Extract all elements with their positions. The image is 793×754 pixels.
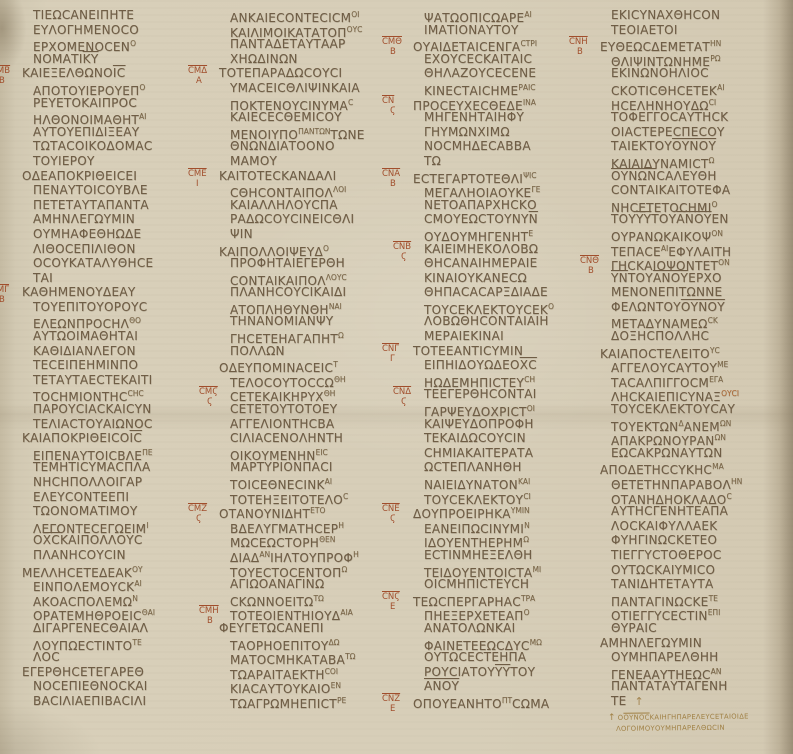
correction-superscript: Η <box>353 550 359 559</box>
correction-superscript: ΑΝ <box>259 550 270 559</box>
nomen-sacrum: Ν <box>529 212 538 226</box>
correction-superscript: Δ <box>678 419 683 428</box>
text-line: ϹΜΓΒΚΑΘΗΜΕΝΟΥΔΕΑΥ <box>22 285 211 300</box>
eusebian-section-number: ϹΜΖϚ <box>188 505 218 523</box>
text-line: ΟΤΑΝΗΔΗΟΚΛΑΔΟϹ <box>611 490 789 505</box>
text-line: ΚΑΙΠΟΛΛΟΙΨΕΥΔΟ <box>219 242 408 257</box>
correction-superscript: Ω <box>341 565 347 574</box>
text-line: ΛΟϹ <box>33 650 211 665</box>
nomen-sacrum: ΥΥ <box>636 212 651 226</box>
text-line: ΜΕΡΑΙΕΚΙΝΑΙ <box>424 329 602 344</box>
text-line: ΝΟϹΕΠΙΕΘΝΟϹΚΑΙ <box>33 679 211 694</box>
text-line: ΗΛΘΟΝΟΙΜΑΘΗΤΑΙ <box>33 110 211 125</box>
text-line: ΟΤΙΕΓΓΥϹΕϹΤΙΝΕΠΙ <box>611 606 789 621</box>
nomen-sacrum: ΑΝΟΥ <box>424 679 459 693</box>
section-number: ϹΝΗ <box>569 38 599 46</box>
correction-superscript: ΥΜΙΝ <box>511 506 530 515</box>
correction-superscript: Ϲ <box>727 492 732 501</box>
section-number: ϹΝΔ <box>393 388 423 396</box>
canon-number: Ϛ <box>188 515 218 523</box>
text-line: ΑΓΙΩΟΑΝΑΓΙΝΩ <box>230 577 408 592</box>
text-line: ϹΝΑΒΕϹΤΕΓΑΡΤΟΤΕΘΛΙΨΙϹ <box>413 169 602 184</box>
section-number: ϹΜΘ <box>382 38 412 46</box>
correction-superscript: Η <box>338 521 344 530</box>
correction-superscript: ϹΙ <box>523 492 530 501</box>
eusebian-section-number: ϹΜΓΒ <box>0 286 21 304</box>
text-line: ΡΕΥΕΤΟΚΑΙΠΡΟϹ <box>33 96 211 111</box>
text-line: ΤΟΥΕΠΙΤΟΥΟΡΟΥϹ <box>33 300 211 315</box>
text-line: ΛΙΘΟϹΕΠΙΛΙΘΟΝ <box>33 242 211 257</box>
text-line: ΟΥΜΗΠΑΡΕΛΘΗΗ <box>611 650 789 665</box>
text-line: ϹΝΗΒΕΥΘΕΩϹΔΕΜΕΤΑΤΗΝ <box>600 37 789 52</box>
correction-superscript: ΡΩ <box>710 54 720 63</box>
text-line: ΑΥΤΗϹΓΕΝΗΤΕΑΠΑ <box>611 504 789 519</box>
text-line: ΑΜΗΝΛΕΓΩΥΜΙΝ <box>33 212 211 227</box>
eusebian-section-number: ϹΝΖΕ <box>382 695 412 713</box>
canon-number: Ϛ <box>393 398 423 406</box>
text-column-3: ΨΑΤΩΟΠΙϹΩΑΡΕΑΙΙΜΑΤΙΟΝΑΥΤΟΥϹΜΘΒΟΥΑΙΔΕΤΑΙϹ… <box>424 8 602 709</box>
text-line: ΒΑϹΙΛΙΑΕΠΙΒΑϹΙΛΙ <box>33 694 211 709</box>
text-line: ϹΝΒϚΚΑΙΕΙΜΗΕΚΟΛΟΒΩ <box>424 242 602 257</box>
text-line: ΑΜΗΝΛΕΓΩΥΜΙΝ <box>600 636 789 651</box>
correction-superscript: ΤΩ <box>345 652 355 661</box>
correction-superscript: ΕΝ <box>331 681 341 690</box>
text-line: ϹΝΖΕΟΠΟΥΕΑΝΗΤΟΠΤϹΩΜΑ <box>413 694 602 709</box>
text-line: ΟΔΕΑΠΟΚΡΙΘΕΙϹΕΙ <box>22 169 211 184</box>
canon-number: Β <box>0 77 21 85</box>
text-line: ΘΗϹΑΝΑΙΗΜΕΡΑΙΕ <box>424 256 602 271</box>
eusebian-section-number: ϹΝΗΒ <box>569 38 599 56</box>
text-line: ΠΑΝΤΑΓΙΝΩϹΚΕΤΕ <box>611 592 789 607</box>
section-number: ϹΝΕ <box>382 505 412 513</box>
text-line: ϹΜΕΙΚΑΙΤΟΤΕϹΚΑΝΔΑΛΙ <box>219 169 408 184</box>
correction-superscript: ϹΟΙ <box>325 667 338 676</box>
text-line: ΑΠΑΚΡΩΝΟΥΡΑΝΩΝ <box>611 431 789 446</box>
text-line: ΜΑΜΟΥ <box>230 154 408 169</box>
correction-superscript: ϹΚ <box>708 316 718 325</box>
text-line: ΝΗϹΕΤΕΤΟϹΗΜΙΟ <box>611 198 789 213</box>
manuscript-page: ΤΙΕΩϹΑΝΕΙΠΗΤΕΕΥΛΟΓΗΜΕΝΟϹΟΕΡΧΟΜΕΝΟϹΕΝΟΝΟΜ… <box>0 0 793 754</box>
correction-superscript: ΑΙ <box>524 10 531 19</box>
correction-superscript: ΟΝ <box>718 258 730 267</box>
text-line: ΓΗϹΕΤΕΗΑΓΑΠΗΤΩ <box>230 329 408 344</box>
nomen-sacrum: ΟΥΝΟΥ <box>672 139 716 153</box>
correction-superscript: ΩΝ <box>720 419 731 428</box>
text-line: ΝΑΙΕΙΔΥΝΑΤΟΝΚΑΙ <box>424 475 602 490</box>
nomen-sacrum: ΟΥΝΩΝ <box>611 169 656 183</box>
text-line: ΜΕΓΑΛΗΟΙΑΟΥΚΕΓΕ <box>424 183 602 198</box>
text-line: ΠΕΤΕΤΑΥΤΑΠΑΝΤΑ <box>33 198 211 213</box>
section-number: ϹΜΓ <box>0 286 21 294</box>
text-line: ΕΡΧΟΜΕΝΟϹΕΝΟ <box>33 37 211 52</box>
text-line: ΑΚΟΑϹΠΟΛΕΜΩΝ <box>33 592 211 607</box>
text-line: ΤΩΑΡΑΙΤΑΕΚΤΗϹΟΙ <box>230 665 408 680</box>
correction-superscript: ΗΝ <box>731 477 742 486</box>
text-line: ΟΥΜΗΑΦΕΘΗΩΔΕ <box>33 227 211 242</box>
correction-superscript: ΟΙ <box>351 10 359 19</box>
correction-superscript: ΕΓΑ <box>709 375 723 384</box>
text-line: ΛΟΥΠΩΕϹΤΙΝΤΟΤΕ <box>33 636 211 651</box>
eusebian-section-number: ϹΝϚ <box>382 97 412 115</box>
correction-superscript: ϹΗ <box>524 375 535 384</box>
correction-superscript: Ο <box>139 83 145 92</box>
text-line: ΕΩϹΑΚΡΩΝΑΥΤΩΝ <box>611 446 789 461</box>
text-line: ΤΟΥΕΚΤΩΝΔΑΝΕΜΩΝ <box>611 417 789 432</box>
text-line: ΗΩΔΕΜΗΠΙϹΤΕΥϹΗ <box>424 373 602 388</box>
text-line: ΚΑΙΛΙΜΟΙΚΑΤΑΤΟΠΟΥϹ <box>230 23 408 38</box>
correction-superscript: ϹΗϹ <box>128 389 144 398</box>
canon-number: Γ <box>382 355 412 363</box>
text-line: ΤΟΥϹΕΚΛΕΚΤΟΥϹΙ <box>424 490 602 505</box>
text-line: ΑΠΟΤΟΥΙΕΡΟΥΕΠΟ <box>33 81 211 96</box>
text-line: ΟΧϹΚΑΙΠΟΛΛΟΥϹ <box>33 533 211 548</box>
correction-superscript: ΓΕ <box>531 185 540 194</box>
correction-superscript: Ω <box>709 156 715 165</box>
text-line: ΜΕΤΑΔΥΝΑΜΕΩϹΚ <box>611 314 789 329</box>
text-line: ΥΜΑϹΕΙϹΘΛΙΨΙΝΚΑΙΑ <box>230 81 408 96</box>
eusebian-section-number: ϹΝΒϚ <box>393 243 423 261</box>
correction-superscript: Ε <box>528 229 533 238</box>
correction-superscript: ΗΝ <box>710 39 721 48</box>
text-line: ΜΑΡΤΥΡΙΟΝΠΑϹΙ <box>230 460 408 475</box>
text-line: ΑΝΟΥ <box>424 679 602 694</box>
section-number: ϹΝΒ <box>393 243 423 251</box>
correction-superscript: Ο <box>712 200 718 209</box>
correction-superscript: Τ <box>333 360 338 369</box>
text-line: ΘΛΙΨΙΝΤΩΝΗΜΕΡΩ <box>611 52 789 67</box>
text-line: ΤΟΥϹΕΚΛΕΚΤΟΥϹΑΥ <box>611 402 789 417</box>
correction-superscript: Ι <box>146 521 148 530</box>
text-line: ϹΝΓΓΤΟΤΕΕΑΝΤΙϹΥΜΙΝ <box>413 344 602 359</box>
correction-superscript: ΘΕΝ <box>319 535 335 544</box>
text-line: ΜΗΓΕΝΗΤΑΙΗΦΥ <box>424 110 602 125</box>
text-line: ΜΕΝΟΙΥΠΟΠΑΝΤΩΝΤΩΝΕ <box>230 125 408 140</box>
text-line: ΤΕϹΕΙΠΕΗΜΙΝΠΟ <box>33 358 211 373</box>
section-number: ϹΝ <box>382 97 412 105</box>
correction-superscript: ΟΥϹ <box>347 25 363 34</box>
text-line: ΔΟΞΗϹΠΟΛΛΗϹ <box>611 329 789 344</box>
text-line: ΤΕΠΑϹΕΑΙΕΦΥΛΑΙΤΗ <box>611 242 789 257</box>
text-line: ΝΕΤΟΑΠΑΡΧΗϹΚΟ <box>424 198 602 213</box>
text-line: ϹΜΟΥΕΩϹΤΟΥΝΥΝ <box>424 212 602 227</box>
nomen-sacrum: ΧϹ <box>43 533 60 547</box>
section-number: ϹΝΘ <box>580 257 610 265</box>
canon-number: Β <box>580 267 610 275</box>
text-line: ΑΝΚΑΙΕϹΟΝΤΕϹΙϹΜΟΙ <box>230 8 408 23</box>
text-line: ΟϹΟΥΚΑΤΑΛΥΘΗϹΕ <box>33 256 211 271</box>
text-line: ΚΑΙΑΠΟϹΤΕΛΕΙΤΟΥϹ <box>600 344 789 359</box>
eusebian-section-number: ϹΝΑΒ <box>382 170 412 188</box>
text-line: ΤΟϹΗΜΙΟΝΤΗϹϹΗϹ <box>33 387 211 402</box>
text-line: ΔΙΑΔΑΝΙΗΛΤΟΥΠΡΟΦΗ <box>230 548 408 563</box>
nomen-sacrum: ΙϹ <box>130 431 143 445</box>
text-line: ϹΟΝΤΑΙΚΑΙΤΟΤΕΦΑ <box>611 183 789 198</box>
text-line: ΑΓΓΕΛΙΟΝΤΗϹΒΑ <box>230 417 408 432</box>
text-line: ϹΝϚΕΤΕΩϹΠΕΡΓΑΡΗΑϹΤΡΑ <box>413 592 602 607</box>
text-line: ΑΓΓΕΛΟΥϹΑΥΤΟΥΜΕ <box>611 358 789 373</box>
section-number: ϹΜΖ <box>188 505 218 513</box>
text-line: ΠΡΟΦΗΤΑΙΕΓΕΡΘΗ <box>230 256 408 271</box>
correction-superscript: ΑΙ <box>661 244 668 253</box>
text-line: ΟΥΝΩΝϹΑΛΕΥΘΗ <box>611 169 789 184</box>
section-number: ϹΝϚ <box>382 593 412 601</box>
text-line: ΘΗΛΑΖΟΥϹΕϹΕΝΕ <box>424 66 602 81</box>
text-line: ΠΛΑΝΗϹΟΥϹΙΚΑΙΔΙ <box>230 285 408 300</box>
correction-superscript: ΜΙ <box>532 565 541 574</box>
canon-number: Ι <box>188 180 218 188</box>
correction-superscript: ΡΕ <box>337 696 346 705</box>
text-line: ϹΝΕϚΔΟΥΠΡΟΕΙΡΗΚΑΥΜΙΝ <box>413 504 602 519</box>
correction-superscript: Ο <box>323 244 329 253</box>
text-line: ΦΕΥΓΕΤΩϹΑΝΕΠΙ <box>219 621 408 636</box>
canon-number: Ϛ <box>382 107 412 115</box>
text-line: ΜΕΛΛΗϹΕΤΕΔΕΑΚΟΥ <box>22 563 211 578</box>
text-line: ΤΟΤΕΗΞΕΙΤΟΤΕΛΟϹ <box>230 490 408 505</box>
eusebian-section-number: ϹΜΔΑ <box>188 67 218 85</box>
text-line: ΔΙΓΑΡΓΕΝΕϹΘΑΙΑΛ <box>33 621 211 636</box>
text-line: ϹΟΝΤΑΙΚΑΙΠΟΛΛΟΥϹ <box>230 271 408 286</box>
text-line: ΟΡΑΤΕΜΗΘΡΟΕΙϹΘΑΙ <box>33 606 211 621</box>
correction-superscript: ΟΝ <box>711 229 723 238</box>
text-line: ΟΥΤΩϹΕϹΤΕΗΠΑ <box>424 650 602 665</box>
eusebian-section-number: ϹΝΘΒ <box>580 257 610 275</box>
correction-superscript: ΔΩ <box>329 638 340 647</box>
section-number: ϹΜΗ <box>199 607 229 615</box>
correction-superscript: ΘΗ <box>334 375 346 384</box>
text-line: ΦΑΙΝΕΤΕΕΩϹΔΥϹΜΩ <box>424 636 602 651</box>
text-line: ΤΑΙΕΚΤΟΥΟΥΝΟΥ <box>611 139 789 154</box>
text-line: ΑΥΤΟΥΕΠΙΔΙΞΕΑΥ <box>33 125 211 140</box>
text-line: ΘΗΠΑϹΑϹΑΡΞΔΙΑΔΕ <box>424 285 602 300</box>
text-line: ΛΗϹΚΑΙΕΠΙϹΥΝΑΞΟΥϹΙ <box>611 387 789 402</box>
text-line: ΦΥΗΓΙΝΩϹΚΕΤΕΟ <box>611 533 789 548</box>
text-line: ΕϹΤΙΝΜΗΕΞΕΛΘΗ <box>424 548 602 563</box>
text-line: ΦΕΛΩΝΤΟΥΟΥΝΟΥ <box>611 300 789 315</box>
text-line: ΓΑΡΨΕΥΔΟΧΡΙϹΤΟΙ <box>424 402 602 417</box>
correction-superscript: Ο <box>130 39 136 48</box>
correction-superscript: ΜΕ <box>717 360 728 369</box>
correction-superscript: ΤΡΑ <box>521 594 535 603</box>
correction-superscript: ΥϹ <box>710 346 720 355</box>
text-column-1: ΤΙΕΩϹΑΝΕΙΠΗΤΕΕΥΛΟΓΗΜΕΝΟϹΟΕΡΧΟΜΕΝΟϹΕΝΟΝΟΜ… <box>33 8 211 709</box>
text-line: ΜΩϹΕΩϹΤΟΡΗΘΕΝ <box>230 533 408 548</box>
text-line: ΤΟΦΕΓΓΟϹΑΥΤΗϹΚ <box>611 110 789 125</box>
correction-superscript: ΡΑΙϹ <box>518 83 535 92</box>
text-line: ΝΗϹΗΠΟΛΛΟΙΓΑΡ <box>33 475 211 490</box>
canon-number: Β <box>569 48 599 56</box>
correction-superscript: ΑΙ <box>325 477 332 486</box>
text-line: ΤΕΟΙΑΕΤΟΙ <box>611 23 789 38</box>
section-number: ϹΝΑ <box>382 170 412 178</box>
correction-superscript: ΟΙ <box>527 404 535 413</box>
text-line: ΠΑΝΤΑΤΑΥΤΑΓΕΝΗ <box>611 679 789 694</box>
marginal-addition-note: ↑ΟΟΥΝΟϹΚΑΙΗΓΗΠΑΡΕΛΕΥϹΕΤΑΙΟΙΔΕΛΟΓΟΙΜΟΥΟΥΜ… <box>608 711 790 734</box>
correction-superscript: ΚΑΙ <box>518 477 530 486</box>
marginal-note-line: ΛΟΓΟΙΜΟΥΟΥΜΗΠΑΡΕΛΘΩϹΙΝ <box>608 722 790 734</box>
correction-superscript: ΝΑΙ <box>329 302 342 311</box>
text-line: ΤΕΛΟϹΟΥΤΟϹϹΩΘΗ <box>230 373 408 388</box>
canon-number: Α <box>188 77 218 85</box>
text-line: ΕΓΕΡΘΗϹΕΤΕΓΑΡΕΘ <box>22 665 211 680</box>
text-line: ΙΜΑΤΙΟΝΑΥΤΟΥ <box>424 23 602 38</box>
nomen-sacrum: ΑΝΟΥ <box>653 271 688 285</box>
text-line: ΗϹΕΛΗΝΗΟΥΔΩϹΙ <box>611 96 789 111</box>
insertion-arrow-icon: ↑ <box>635 695 645 708</box>
nomen-sacrum: ΑΝΟΥ <box>676 212 711 226</box>
nomen-sacrum: ΧϹ <box>520 358 537 372</box>
text-line: ϹΜΖϚΟΤΑΝΟΥΝΙΔΗΤΕΤΟ <box>219 504 408 519</box>
text-line: ϹΝϚΠΡΟϹΕΥΧΕϹΘΕΔΕΙΝΑ <box>413 96 602 111</box>
nomen-sacrum: ΥΥ <box>495 665 510 679</box>
text-line: ΤΑϹΑΛΠΙΓΓΟϹΜΕΓΑ <box>611 373 789 388</box>
correction-superscript: Ο <box>524 608 530 617</box>
text-line: ΤΩΤΑϹΟΙΚΟΔΟΜΑϹ <box>33 139 211 154</box>
section-number: ϹΝΓ <box>382 345 412 353</box>
text-line: ΤΕΙΔΟΥΕΝΤΟΙϹΤΑΜΙ <box>424 563 602 578</box>
text-line: ΛΟΒΩΘΗϹΟΝΤΑΙΑΙΗ <box>424 314 602 329</box>
text-line: ΤΕΤΑΥΤΑΕϹΤΕΚΑΙΤΙ <box>33 373 211 388</box>
correction-superscript: ΘΟ <box>129 316 141 325</box>
correction-superscript: ΑΙ <box>139 112 146 121</box>
text-line: ΤΙΕΓΓΥϹΤΟΘΕΡΟϹ <box>611 548 789 563</box>
text-line: ΜΕΝΟΝΕΠΙΤΩΝΝΕ <box>611 285 789 300</box>
correction-superscript: Ν <box>132 594 138 603</box>
correction-superscript: Ν <box>524 521 530 530</box>
text-line: ΤΙΕΩϹΑΝΕΙΠΗΤΕ <box>33 8 211 23</box>
text-line: ΑΥΤΩΟΙΜΑΘΗΤΑΙ <box>33 329 211 344</box>
text-line: ΜΑΤΟϹΜΗΚΑΤΑΒΑΤΩ <box>230 650 408 665</box>
text-line: ϹΙΛΙΑϹΕΝΟΛΗΝΤΗ <box>230 431 408 446</box>
correction-superscript: Ω <box>523 535 529 544</box>
text-line: ΟΙΑϹΤΕΡΕϹΠΕϹΟΥ <box>611 125 789 140</box>
text-line: ΚΑΘΙΔΙΑΝΛΕΓΟΝ <box>33 344 211 359</box>
canon-number: Ε <box>382 705 412 713</box>
correction-superscript: ΛΟΥϹ <box>326 273 347 282</box>
text-line: ΕΥΛΟΓΗΜΕΝΟϹΟ <box>33 23 211 38</box>
eusebian-section-number: ϹΝΓΓ <box>382 345 412 363</box>
text-line: ϹΕΤΕΤΟΥΤΟΤΟΕΥ <box>230 402 408 417</box>
correction-superscript: ΙΝΑ <box>523 98 536 107</box>
text-line: ΟΥΔΟΥΜΗΓΕΝΗΤΕ <box>424 227 602 242</box>
correction-superscript: ϹΤΡΙ <box>520 39 537 48</box>
text-line: ΟΙΚΟΥΜΕΝΗΝΕΙϹ <box>230 446 408 461</box>
text-line: ΤΕΛΙΑϹΤΟΥΑΙΩΝΟϹ <box>33 417 211 432</box>
text-line: ΙΔΟΥΕΝΤΗΕΡΗΜΩ <box>424 533 602 548</box>
correction-superscript: ΠΕ <box>142 448 152 457</box>
text-line: ϹΜϚϚϹΕΤΕΚΑΙΚΗΡΥΧΘΗ <box>230 387 408 402</box>
text-line: ΤΟΥΥΥΤΟΥΑΝΟΥΕΝ <box>611 212 789 227</box>
nomen-sacrum: ΟΥΝΟϹ <box>623 714 649 722</box>
text-line: ΚΑΙΑΛΛΗΛΟΥϹΠΑ <box>230 198 408 213</box>
text-line: ΕΚΙΝΩΝΟΗΛΙΟϹ <box>611 66 789 81</box>
correction-superscript: ΘΗ <box>324 389 336 398</box>
text-line: ΘΕΤΕΤΗΝΠΑΡΑΒΟΛΗΝ <box>611 475 789 490</box>
text-line: ϹΚΟΤΙϹΘΗϹΕΤΕΚΑΙ <box>611 81 789 96</box>
correction-superscript: Ο <box>548 302 554 311</box>
text-line: ϹΜΒΒΚΑΙΕΞΕΛΘΩΝΟΙϹ <box>22 66 211 81</box>
text-line: ΤΕ↑ <box>611 694 789 709</box>
nomen-sacrum: ΥΝ <box>611 271 628 285</box>
text-line: ϹΗΜΙΑΚΑΙΤΕΡΑΤΑ <box>424 446 602 461</box>
correction-superscript: ΤΕ <box>132 638 141 647</box>
text-line: ΤΩ <box>424 154 602 169</box>
text-line: ΛΟϹΚΑΙΦΥΛΛΑΕΚ <box>611 519 789 534</box>
correction-superscript: ΩΝ <box>715 433 726 442</box>
correction-superscript: ΛΟΙ <box>333 185 346 194</box>
text-line: ΓΕΝΕΑΑΥΤΗΕΩϹΑΝ <box>611 665 789 680</box>
correction-superscript: ΟΥϹΙ <box>721 389 739 398</box>
section-number: ϹΜΒ <box>0 67 21 75</box>
text-line: ΤΕΜΗΤΙϹΥΜΑϹΠΛΑ <box>33 460 211 475</box>
text-line: ΟΙϹΜΗΠΙϹΤΕΥϹΗ <box>424 577 602 592</box>
text-line: ΤΗΝΑΝΟΜΙΑΝΨΥ <box>230 314 408 329</box>
text-line: ΕΙΝΠΟΛΕΜΟΥϹΚΑΙ <box>33 577 211 592</box>
correction-superscript: Ϲ <box>348 98 353 107</box>
nomen-sacrum: ΚΥ <box>83 52 99 66</box>
nomen-sacrum: ΙϹ <box>113 66 126 80</box>
text-line: ΤΩΟΝΟΜΑΤΙΜΟΥ <box>33 504 211 519</box>
text-line: ΚΙΝΕϹΤΑΙϹΗΜΕΡΑΙϹ <box>424 81 602 96</box>
text-line: ΥΝΤΟΥΑΝΟΥΕΡΧΟ <box>611 271 789 286</box>
text-line: ΘΥΡΑΙϹ <box>611 621 789 636</box>
text-line: ΠΛΑΝΗϹΟΥϹΙΝ <box>33 548 211 563</box>
canon-number: Β <box>382 180 412 188</box>
text-line: ΚΑΙΑΠΟΚΡΙΘΕΙϹΟΙϹ <box>22 431 211 446</box>
correction-superscript: ΑΙΑ <box>340 608 352 617</box>
correction-superscript: ΜΑ <box>712 462 724 471</box>
text-line: ΤΟΙϹΕΘΝΕϹΙΝΚΑΙ <box>230 475 408 490</box>
text-line: ΤΟΥΙΕΡΟΥ <box>33 154 211 169</box>
text-line: ΑΝΑΤΟΛΩΝΚΑΙ <box>424 621 602 636</box>
correction-superscript: ΤΕ <box>709 594 718 603</box>
eusebian-section-number: ϹΝΔϚ <box>393 388 423 406</box>
text-line: ϹΝΘΒΓΗϹΚΑΙΟΨΟΝΤΕΤΟΝ <box>611 256 789 271</box>
section-number: ϹΝΖ <box>382 695 412 703</box>
text-line: ΚΙΝΑΙΟΥΚΑΝΕϹΩ <box>424 271 602 286</box>
canon-number: Ϛ <box>382 515 412 523</box>
text-line: ΑΤΟΠΛΗΘΥΝΘΗΝΑΙ <box>230 300 408 315</box>
correction-superscript: ΕΤΟ <box>310 506 325 515</box>
text-line: ϹΜΔΑΤΟΤΕΠΑΡΑΔΩϹΟΥϹΙ <box>219 66 408 81</box>
text-line: ΘΝΩΝΔΙΑΤΟΟΝΟ <box>230 139 408 154</box>
text-line: ΕΚΙϹΥΝΑΧΘΗϹΟΝ <box>611 8 789 23</box>
text-line: ΕΛΕΩΝΠΡΟϹΗΛΘΟ <box>33 314 211 329</box>
correction-superscript: Ϲ <box>343 492 348 501</box>
text-line: ΤΑΝΙΔΗΤΕΤΑΥΤΑ <box>611 577 789 592</box>
text-line: ΤΟΥΕϹΤΟϹΕΝΤΟΠΩ <box>230 563 408 578</box>
canon-number: Ϛ <box>393 253 423 261</box>
text-line: ΝΟϹΜΗΔΕϹΑΒΒΑ <box>424 139 602 154</box>
canon-number: Ϛ <box>199 398 229 406</box>
correction-superscript: ΑΙ <box>717 83 724 92</box>
text-line: ΟΔΕΥΠΟΜΙΝΑϹΕΙϹΤ <box>219 358 408 373</box>
canon-number: Β <box>0 296 21 304</box>
text-line: ΕΙΠΕΝΑΥΤΟΙϹΒΛΕΠΕ <box>33 446 211 461</box>
text-line: ΕΙΠΗΙΔΟΥΩΔΕΟΧϹ <box>424 358 602 373</box>
correction-superscript: ΤΩ <box>313 594 323 603</box>
canon-number: Β <box>382 48 412 56</box>
eusebian-section-number: ϹΜϚϚ <box>199 388 229 406</box>
text-column-4: ΕΚΙϹΥΝΑΧΘΗϹΟΝΤΕΟΙΑΕΤΟΙϹΝΗΒΕΥΘΕΩϹΔΕΜΕΤΑΤΗ… <box>611 8 789 709</box>
text-line: ΚΙΑϹΑΥΤΟΥΚΑΙΟΕΝ <box>230 679 408 694</box>
text-line: ΕΛΕΥϹΟΝΤΕΕΠΙ <box>33 490 211 505</box>
text-line: ΚΑΙΨΕΥΔΟΠΡΟΦΗ <box>424 417 602 432</box>
text-line: ΡΑΔΩϹΟΥϹΙΝΕΙϹΘΛΙ <box>230 212 408 227</box>
correction-superscript: ΑΙ <box>134 579 141 588</box>
text-line: ΠΑΡΟΥϹΙΑϹΚΑΙϹΥΝ <box>33 402 211 417</box>
eusebian-section-number: ϹΜΘΒ <box>382 38 412 56</box>
text-line: ΝΟΜΑΤΙΚΥ <box>33 52 211 67</box>
